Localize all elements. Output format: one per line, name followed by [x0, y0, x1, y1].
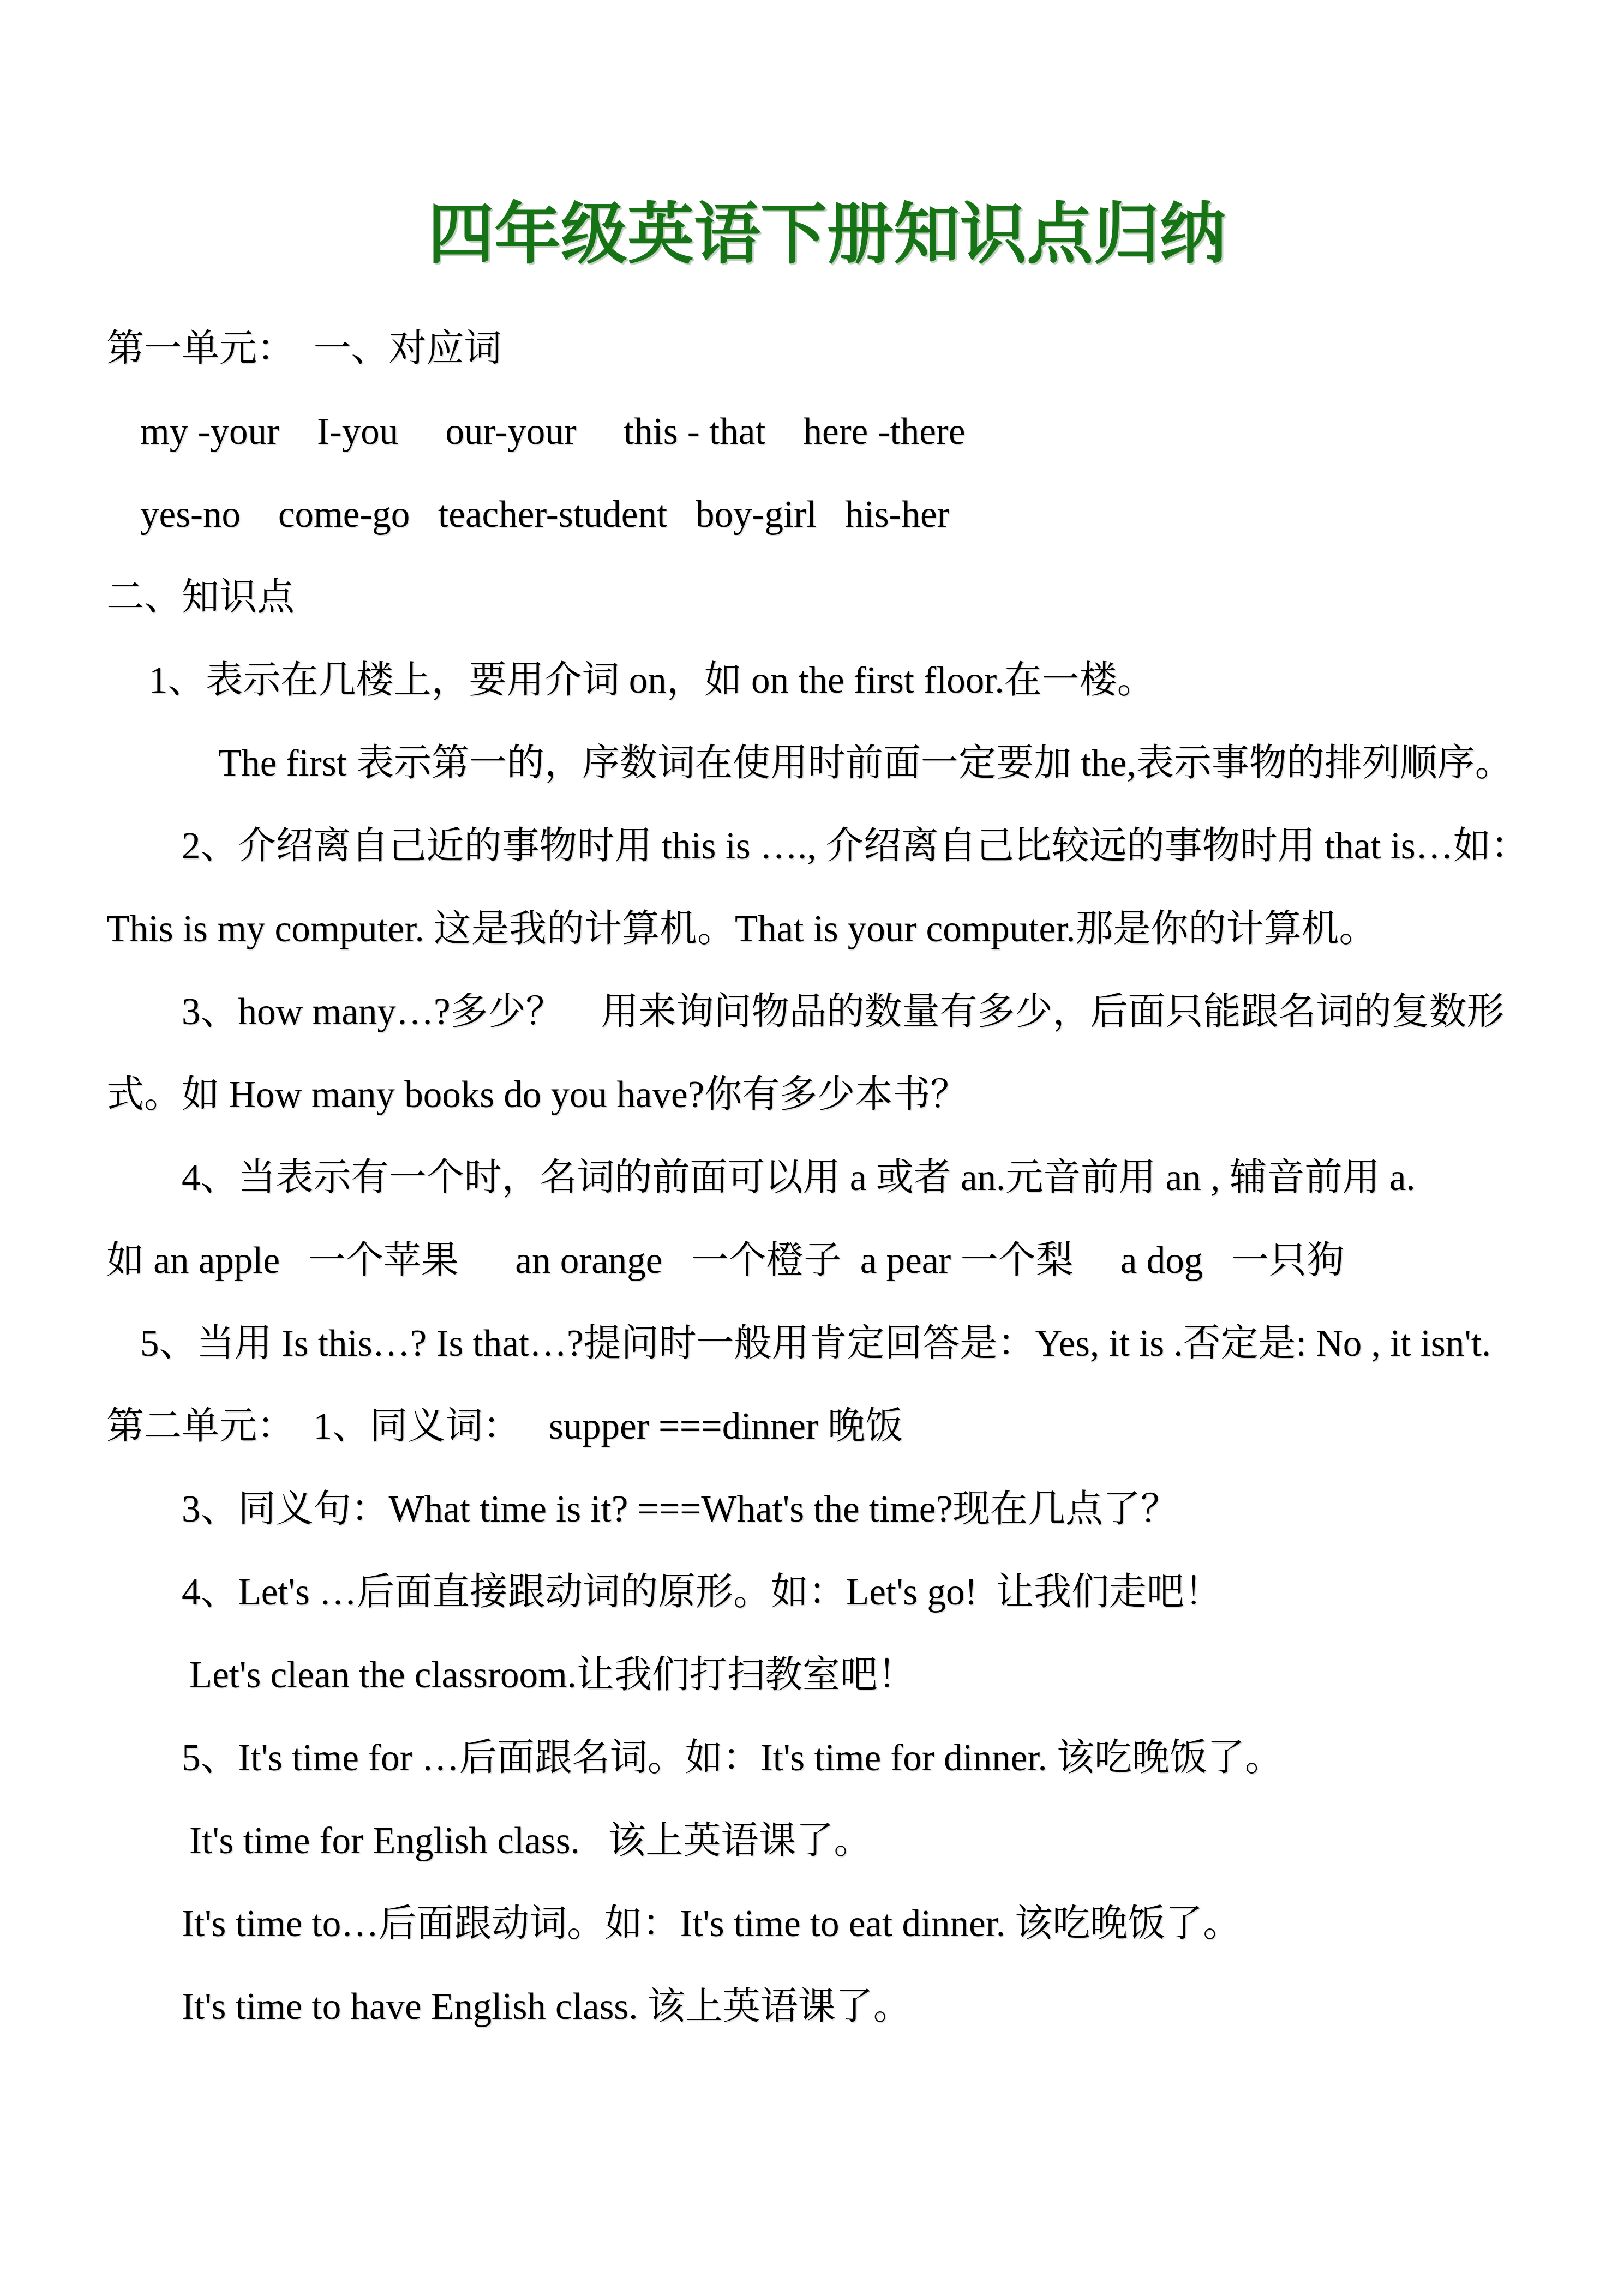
text-line: my -your I-you our-your this - that here… — [140, 390, 1548, 473]
text-line: 式。如 How many books do you have?你有多少本书？ — [106, 1053, 1548, 1136]
text-line: 2、介绍离自己近的事物时用 this is …., 介绍离自己比较远的事物时用 … — [182, 804, 1548, 887]
document-page: 四年级英语下册知识点归纳 第一单元： 一、对应词 my -your I-you … — [0, 0, 1624, 2296]
text-line: 如 an apple 一个苹果 an orange 一个橙子 a pear 一个… — [106, 1219, 1548, 1302]
text-line: 第一单元： 一、对应词 — [106, 307, 1548, 390]
text-line: 5、It's time for …后面跟名词。如：It's time for d… — [182, 1716, 1548, 1799]
text-line: yes-no come-go teacher-student boy-girl … — [140, 473, 1548, 556]
text-line: It's time to have English class. 该上英语课了。 — [182, 1965, 1548, 2048]
text-line: Let's clean the classroom.让我们打扫教室吧！ — [189, 1633, 1548, 1716]
text-line: This is my computer. 这是我的计算机。That is you… — [106, 887, 1548, 970]
text-line: 1、表示在几楼上，要用介词 on，如 on the first floor.在一… — [149, 639, 1548, 722]
text-line: 第二单元： 1、同义词： supper ===dinner 晚饭 — [106, 1385, 1548, 1468]
text-line: 4、Let's …后面直接跟动词的原形。如：Let's go! 让我们走吧！ — [182, 1550, 1548, 1633]
text-line: It's time to…后面跟动词。如：It's time to eat di… — [182, 1882, 1548, 1965]
text-line: It's time for English class. 该上英语课了。 — [189, 1799, 1548, 1882]
text-line: 5、当用 Is this…? Is that…?提问时一般用肯定回答是：Yes,… — [140, 1302, 1548, 1385]
text-line: 4、当表示有一个时，名词的前面可以用 a 或者 an.元音前用 an , 辅音前… — [182, 1136, 1548, 1219]
text-line: 3、how many…?多少？ 用来询问物品的数量有多少，后面只能跟名词的复数形 — [182, 970, 1548, 1053]
text-line: The first 表示第一的，序数词在使用时前面一定要加 the,表示事物的排… — [218, 722, 1548, 804]
document-title: 四年级英语下册知识点归纳 — [106, 192, 1548, 279]
document-body: 第一单元： 一、对应词 my -your I-you our-your this… — [106, 307, 1548, 2048]
text-line: 二、知识点 — [106, 556, 1548, 639]
text-line: 3、同义句：What time is it? ===What's the tim… — [182, 1468, 1548, 1550]
